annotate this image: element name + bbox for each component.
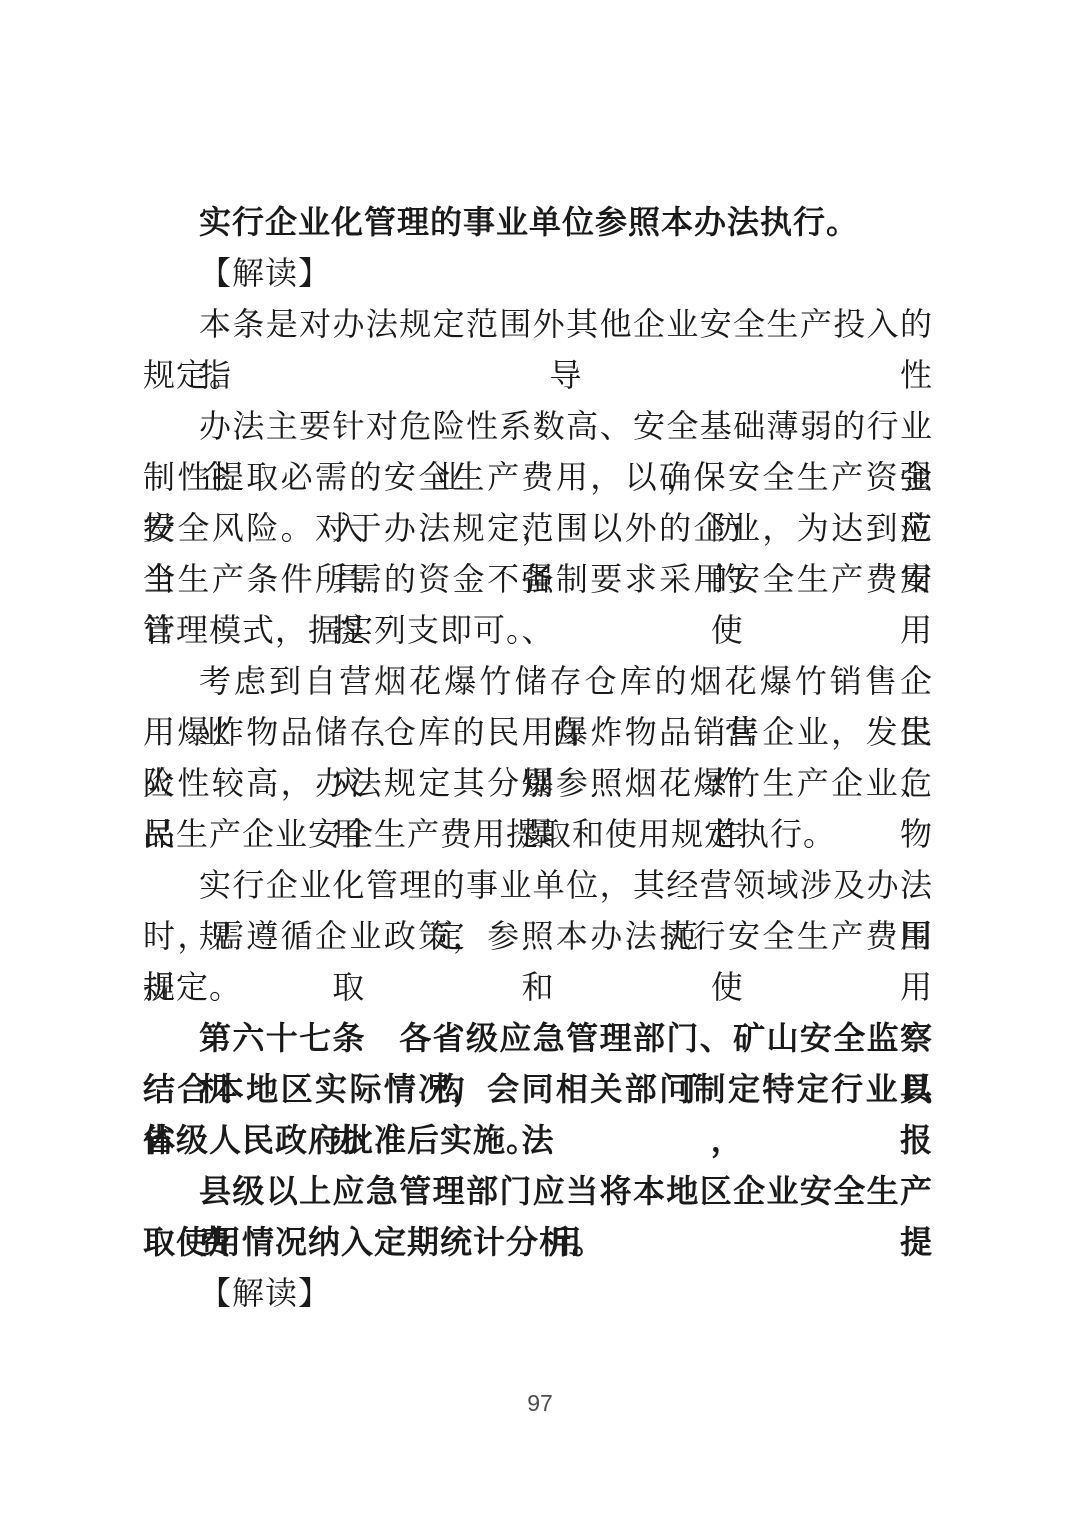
body-paragraph: 考虑到自营烟花爆竹储存仓库的烟花爆竹销售企业、自营民用爆炸物品储存仓库的民用爆炸…: [143, 656, 933, 860]
text-line: 【解读】: [143, 1268, 933, 1319]
text-line: 全生产条件所需的资金不强制要求采用安全生产费用计提、使用: [143, 554, 933, 605]
text-line: 县级以上应急管理部门应当将本地区企业安全生产费用提: [143, 1166, 933, 1217]
document-body: 实行企业化管理的事业单位参照本办法执行。【解读】本条是对办法规定范围外其他企业安…: [143, 197, 933, 1319]
text-line: 安全风险。对于办法规定范围以外的企业，为达到应当具备的安: [143, 503, 933, 554]
text-line: 实行企业化管理的事业单位，其经营领域涉及办法规定范围: [143, 860, 933, 911]
body-paragraph: 办法主要针对危险性系数高、安全基础薄弱的行业企业，强制性提取必需的安全生产费用，…: [143, 401, 933, 656]
text-line: 结合本地区实际情况，会同相关部门制定特定行业具体办法，报: [143, 1064, 933, 1115]
text-line: 本条是对办法规定范围外其他企业安全生产投入的指导性: [143, 299, 933, 350]
text-line: 【解读】: [143, 248, 933, 299]
statute-paragraph: 实行企业化管理的事业单位参照本办法执行。: [143, 197, 933, 248]
text-line: 实行企业化管理的事业单位参照本办法执行。: [143, 197, 933, 248]
document-page: 实行企业化管理的事业单位参照本办法执行。【解读】本条是对办法规定范围外其他企业安…: [0, 0, 1080, 1527]
text-line: 考虑到自营烟花爆竹储存仓库的烟花爆竹销售企业、自营民: [143, 656, 933, 707]
text-line: 时，需遵循企业政策，参照本办法执行安全生产费用提取和使用: [143, 911, 933, 962]
body-paragraph: 【解读】: [143, 1268, 933, 1319]
body-paragraph: 本条是对办法规定范围外其他企业安全生产投入的指导性规定。: [143, 299, 933, 401]
body-paragraph: 【解读】: [143, 248, 933, 299]
text-line: 第六十七条 各省级应急管理部门、矿山安全监察机构可以: [143, 1013, 933, 1064]
page-number: 97: [0, 1392, 1080, 1415]
text-line: 用爆炸物品储存仓库的民用爆炸物品销售企业，发生火灾爆炸危: [143, 707, 933, 758]
text-line: 品生产企业安全生产费用提取和使用规定执行。: [143, 809, 933, 860]
body-paragraph: 实行企业化管理的事业单位，其经营领域涉及办法规定范围时，需遵循企业政策，参照本办…: [143, 860, 933, 1013]
statute-paragraph: 县级以上应急管理部门应当将本地区企业安全生产费用提取使用情况纳入定期统计分析。: [143, 1166, 933, 1268]
statute-paragraph: 第六十七条 各省级应急管理部门、矿山安全监察机构可以结合本地区实际情况，会同相关…: [143, 1013, 933, 1166]
text-line: 办法主要针对危险性系数高、安全基础薄弱的行业企业，强: [143, 401, 933, 452]
text-line: 险性较高，办法规定其分别参照烟花爆竹生产企业、民用爆炸物: [143, 758, 933, 809]
text-line: 制性提取必需的安全生产费用，以确保安全生产资金投入，防范: [143, 452, 933, 503]
